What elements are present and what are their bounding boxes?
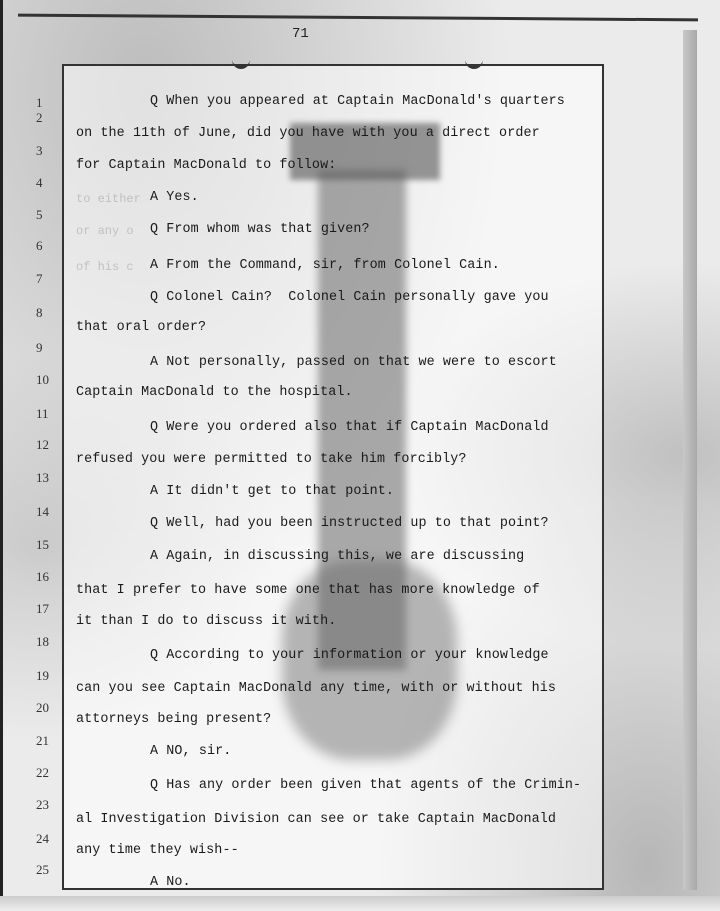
transcript-line: attorneys being present?	[76, 712, 271, 727]
line-number: 12	[36, 437, 56, 453]
line-number: 16	[36, 569, 56, 585]
transcript-line: Q When you appeared at Captain MacDonald…	[150, 94, 565, 109]
line-number: 25	[36, 862, 56, 878]
transcript-line: Q Well, had you been instructed up to th…	[150, 516, 549, 531]
transcript-line: Q According to your information or your …	[150, 648, 549, 663]
line-number: 19	[36, 668, 56, 684]
line-number: 13	[36, 470, 56, 486]
transcript-line: on the 11th of June, did you have with y…	[76, 126, 540, 141]
line-number: 11	[36, 406, 56, 422]
transcript-line: refused you were permitted to take him f…	[76, 452, 467, 467]
transcript-line: Q Were you ordered also that if Captain …	[150, 420, 549, 435]
page-number: 71	[292, 26, 309, 42]
line-number: 23	[36, 797, 56, 813]
line-number: 7	[36, 271, 56, 287]
bleed-through-text: of his c	[76, 260, 134, 274]
transcript-line: A Again, in discussing this, we are disc…	[150, 549, 524, 564]
scan-edge-top	[18, 14, 698, 22]
line-number: 3	[36, 143, 56, 159]
scan-edge-bottom	[0, 896, 720, 911]
line-number: 14	[36, 504, 56, 520]
line-number: 2	[36, 110, 56, 126]
line-number: 10	[36, 372, 56, 388]
transcript-line: Q Has any order been given that agents o…	[150, 778, 581, 793]
line-number: 24	[36, 831, 56, 847]
transcript-line: can you see Captain MacDonald any time, …	[76, 681, 556, 696]
transcript-line: it than I do to discuss it with.	[76, 614, 336, 629]
transcript-line: A It didn't get to that point.	[150, 484, 394, 499]
transcript-line: Captain MacDonald to the hospital.	[76, 385, 353, 400]
line-number: 4	[36, 175, 56, 191]
line-number: 20	[36, 700, 56, 716]
bleed-through-text: or any o	[76, 224, 134, 238]
line-number: 6	[36, 238, 56, 254]
scan-edge-right	[683, 30, 697, 890]
transcript-line: Q Colonel Cain? Colonel Cain personally …	[150, 290, 549, 305]
line-number: 5	[36, 207, 56, 223]
line-number: 22	[36, 765, 56, 781]
transcript-line: A No.	[150, 875, 191, 890]
transcript-line: A From the Command, sir, from Colonel Ca…	[150, 258, 500, 273]
transcript-line: A Yes.	[150, 190, 199, 205]
bleed-through-text: to either	[76, 192, 141, 206]
scanned-page: 71 1234567891011121314151617181920212223…	[0, 0, 720, 911]
line-number: 9	[36, 340, 56, 356]
transcript-line: Q From whom was that given?	[150, 222, 370, 237]
line-number: 8	[36, 305, 56, 321]
transcript-line: for Captain MacDonald to follow:	[76, 158, 336, 173]
line-number: 15	[36, 537, 56, 553]
transcript-line: A Not personally, passed on that we were…	[150, 355, 557, 370]
scan-edge-left	[0, 0, 3, 911]
line-number: 18	[36, 634, 56, 650]
line-number: 17	[36, 601, 56, 617]
transcript-line: any time they wish--	[76, 843, 239, 858]
transcript-line: that oral order?	[76, 320, 206, 335]
transcript-line: A NO, sir.	[150, 744, 231, 759]
transcript-line: al Investigation Division can see or tak…	[76, 812, 556, 827]
line-number: 1	[36, 95, 56, 111]
line-number: 21	[36, 733, 56, 749]
transcript-line: that I prefer to have some one that has …	[76, 583, 540, 598]
